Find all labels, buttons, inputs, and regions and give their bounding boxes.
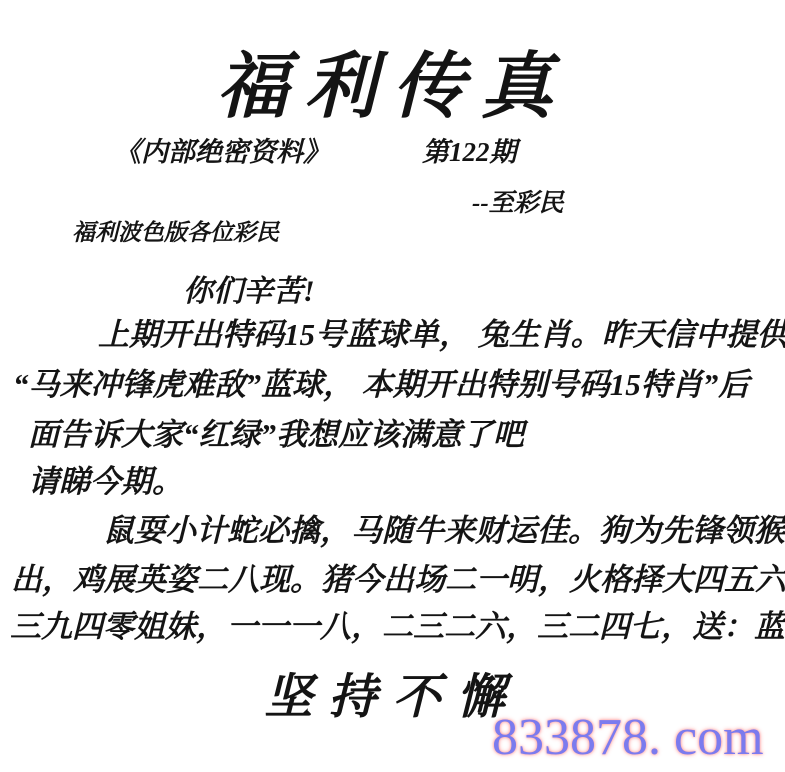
watermark-url: 833878. com xyxy=(492,708,764,767)
salutation-line: 福利波色版各位彩民 xyxy=(72,214,279,247)
document-title: 福利传真 xyxy=(0,28,785,132)
paragraph1-line3: 面告诉大家“红绿”我想应该满意了吧 xyxy=(28,409,524,454)
fax-document-page: 福利传真 《内部绝密资料》 第122期 --至彩民 福利波色版各位彩民 你们辛苦… xyxy=(0,0,785,772)
paragraph2-line1: 鼠耍小计蛇必擒，马随牛来财运佳。狗为先锋领猴 xyxy=(103,505,785,550)
greeting-line: 你们辛苦! xyxy=(183,266,315,310)
issue-number: 第122期 xyxy=(422,130,517,169)
paragraph2-line2: 出，鸡展英姿二八现。猪今出场二一明，火格择大四五六。 xyxy=(11,554,785,599)
paragraph1-line1: 上期开出特码15号蓝球单， 兔生肖。昨天信中提供 xyxy=(98,309,785,354)
paragraph1-line4: 请睇今期。 xyxy=(28,456,183,501)
classified-material-label: 《内部绝密资料》 xyxy=(114,130,330,169)
paragraph2-line3: 三九四零姐妹，一一一八，二三二六，三二四七，送：蓝绿 xyxy=(10,601,785,646)
paragraph1-line2: “马来冲锋虎难敌”蓝球， 本期开出特别号码15特肖”后 xyxy=(13,359,749,404)
dedication-line: --至彩民 xyxy=(472,183,564,219)
